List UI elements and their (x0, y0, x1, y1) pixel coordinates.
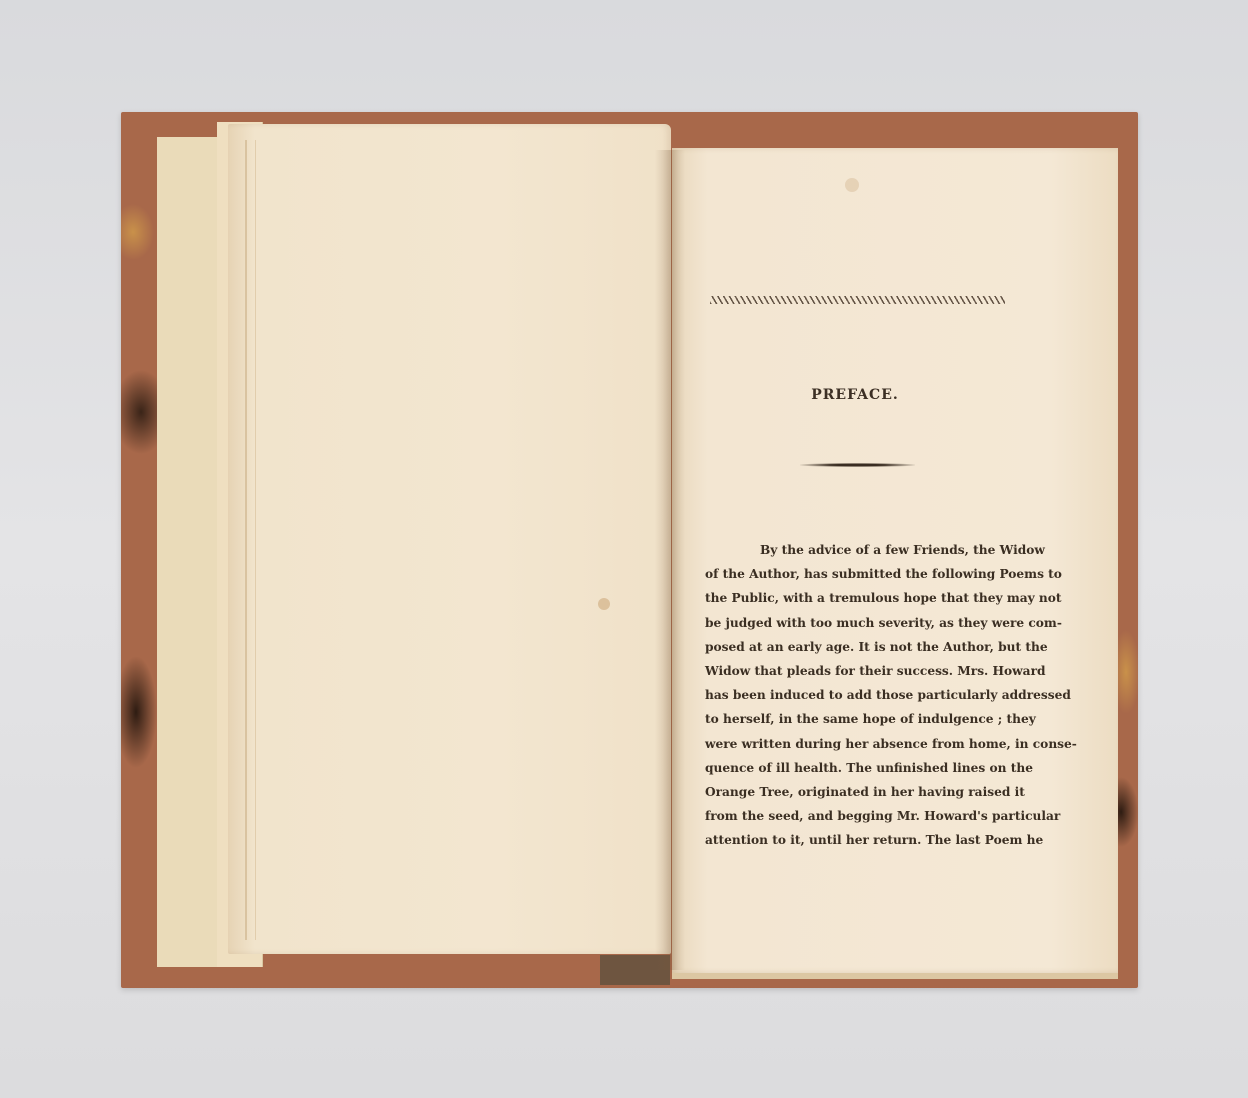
foxing-stain (845, 178, 859, 192)
text-line: to herself, in the same hope of indulgen… (705, 707, 1005, 731)
text-line: from the seed, and begging Mr. Howard's … (705, 804, 1005, 828)
text-line: of the Author, has submitted the followi… (705, 562, 1005, 586)
text-line: be judged with too much severity, as the… (705, 611, 1005, 635)
ornamental-rule (800, 463, 915, 467)
text-line: posed at an early age. It is not the Aut… (705, 635, 1005, 659)
left-page-blank (228, 124, 671, 954)
text-line: has been induced to add those particular… (705, 683, 1005, 707)
text-line: quence of ill health. The unfinished lin… (705, 756, 1005, 780)
foxing-stain (598, 598, 610, 610)
text-line: were written during her absence from hom… (705, 732, 1005, 756)
page-title: PREFACE. (690, 387, 1020, 403)
text-line: Widow that pleads for their success. Mrs… (705, 659, 1005, 683)
preface-body: By the advice of a few Friends, the Wido… (705, 538, 1005, 853)
gutter-shadow (655, 150, 685, 970)
text-line: the Public, with a tremulous hope that t… (705, 586, 1005, 610)
left-page-edges (245, 140, 256, 940)
text-line: attention to it, until her return. The l… (705, 828, 1005, 852)
text-line: By the advice of a few Friends, the Wido… (705, 538, 1005, 562)
ornamental-rule-top (710, 296, 1005, 304)
text-line: Orange Tree, originated in her having ra… (705, 780, 1005, 804)
